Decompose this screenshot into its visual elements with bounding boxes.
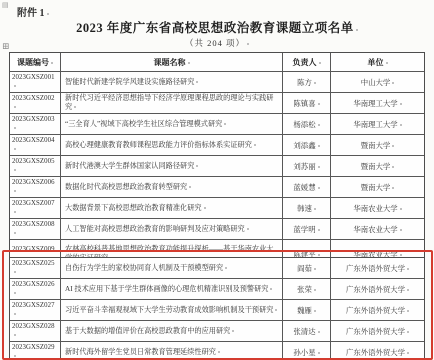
red-highlight-annotation	[2, 250, 433, 360]
project-unit: 暨南大学	[361, 162, 395, 171]
project-title: 大数据背景下高校思想政治教育精准化研究	[65, 204, 206, 213]
project-id: 2023GXSZ007	[12, 199, 58, 217]
header-project-id: 课题编号	[10, 53, 60, 71]
page-title: 2023 年度广东省高校思想政治教育课题立项名单	[0, 18, 434, 36]
project-unit: 华南农业大学	[353, 225, 401, 234]
project-title: 新时代习近平经济思想指导下经济学原理课程思政的理论与实践研究	[65, 94, 278, 112]
table-row: 2023GXSZ006 数据化时代高校思想政治教育转型研究 蓝媛慧 暨南大学	[10, 176, 424, 197]
header-project-unit: 单位	[330, 53, 424, 71]
table-row: 2023GXSZ001 智能时代新建学院学风建设实施路径研究 陈方 中山大学	[10, 71, 424, 92]
table-row: 2023GXSZ008 人工智能对高校思想政治教育的影响研判及应对策略研究 蓝学…	[10, 218, 424, 239]
project-leader: 刘苏丽	[293, 162, 319, 171]
project-id: 2023GXSZ004	[12, 136, 58, 154]
project-title: “三全育人”视域下高校学生社区综合管理模式研究	[65, 120, 226, 129]
table-row: 2023GXSZ004 高校心理健康教育教师课程思政能力评价指标体系实证研究 刘…	[10, 134, 424, 155]
table-row: 2023GXSZ007 大数据背景下高校思想政治教育精准化研究 韩速 华南农业大…	[10, 197, 424, 218]
project-title: 数据化时代高校思想政治教育转型研究	[65, 183, 191, 192]
project-leader: 蓝学明	[293, 225, 319, 234]
attachment-label: 附件 1	[17, 4, 49, 19]
project-id: 2023GXSZ002	[12, 94, 58, 112]
project-leader: 刘添鑫	[293, 141, 319, 150]
project-title: 智能时代新建学院学风建设实施路径研究	[65, 78, 198, 87]
table-row: 2023GXSZ005 新时代港澳大学生群体国家认同路径研究 刘苏丽 暨南大学	[10, 155, 424, 176]
project-id: 2023GXSZ003	[12, 115, 58, 133]
project-leader: 杨添松	[293, 120, 319, 129]
word-anchor-icon: ▤	[2, 2, 9, 9]
project-unit: 华南理工大学	[353, 120, 401, 129]
project-unit: 华南农业大学	[353, 204, 401, 213]
header-project-leader: 负责人	[282, 53, 330, 71]
project-title: 新时代港澳大学生群体国家认同路径研究	[65, 162, 198, 171]
project-id: 2023GXSZ001	[12, 73, 58, 91]
project-leader: 韩速	[297, 204, 316, 213]
table-header-row: 课题编号 课题名称 负责人 单位	[10, 53, 424, 71]
project-leader: 陈镇喜	[293, 99, 319, 108]
project-id: 2023GXSZ005	[12, 157, 58, 175]
project-title: 人工智能对高校思想政治教育的影响研判及应对策略研究	[65, 225, 249, 234]
project-leader: 陈方	[297, 78, 316, 87]
project-leader: 蓝媛慧	[293, 183, 319, 192]
project-title: 高校心理健康教育教师课程思政能力评价指标体系实证研究	[65, 141, 256, 150]
project-unit: 华南理工大学	[353, 99, 401, 108]
project-unit: 暨南大学	[361, 183, 395, 192]
header-project-title: 课题名称	[60, 53, 282, 71]
project-id: 2023GXSZ006	[12, 178, 58, 196]
project-unit: 暨南大学	[361, 141, 395, 150]
project-unit: 中山大学	[361, 78, 395, 87]
table-row: 2023GXSZ002 新时代习近平经济思想指导下经济学原理课程思政的理论与实践…	[10, 92, 424, 113]
page-subtitle: （共 204 项）	[0, 37, 434, 49]
table-row: 2023GXSZ003 “三全育人”视域下高校学生社区综合管理模式研究 杨添松 …	[10, 113, 424, 134]
project-id: 2023GXSZ008	[12, 220, 58, 238]
